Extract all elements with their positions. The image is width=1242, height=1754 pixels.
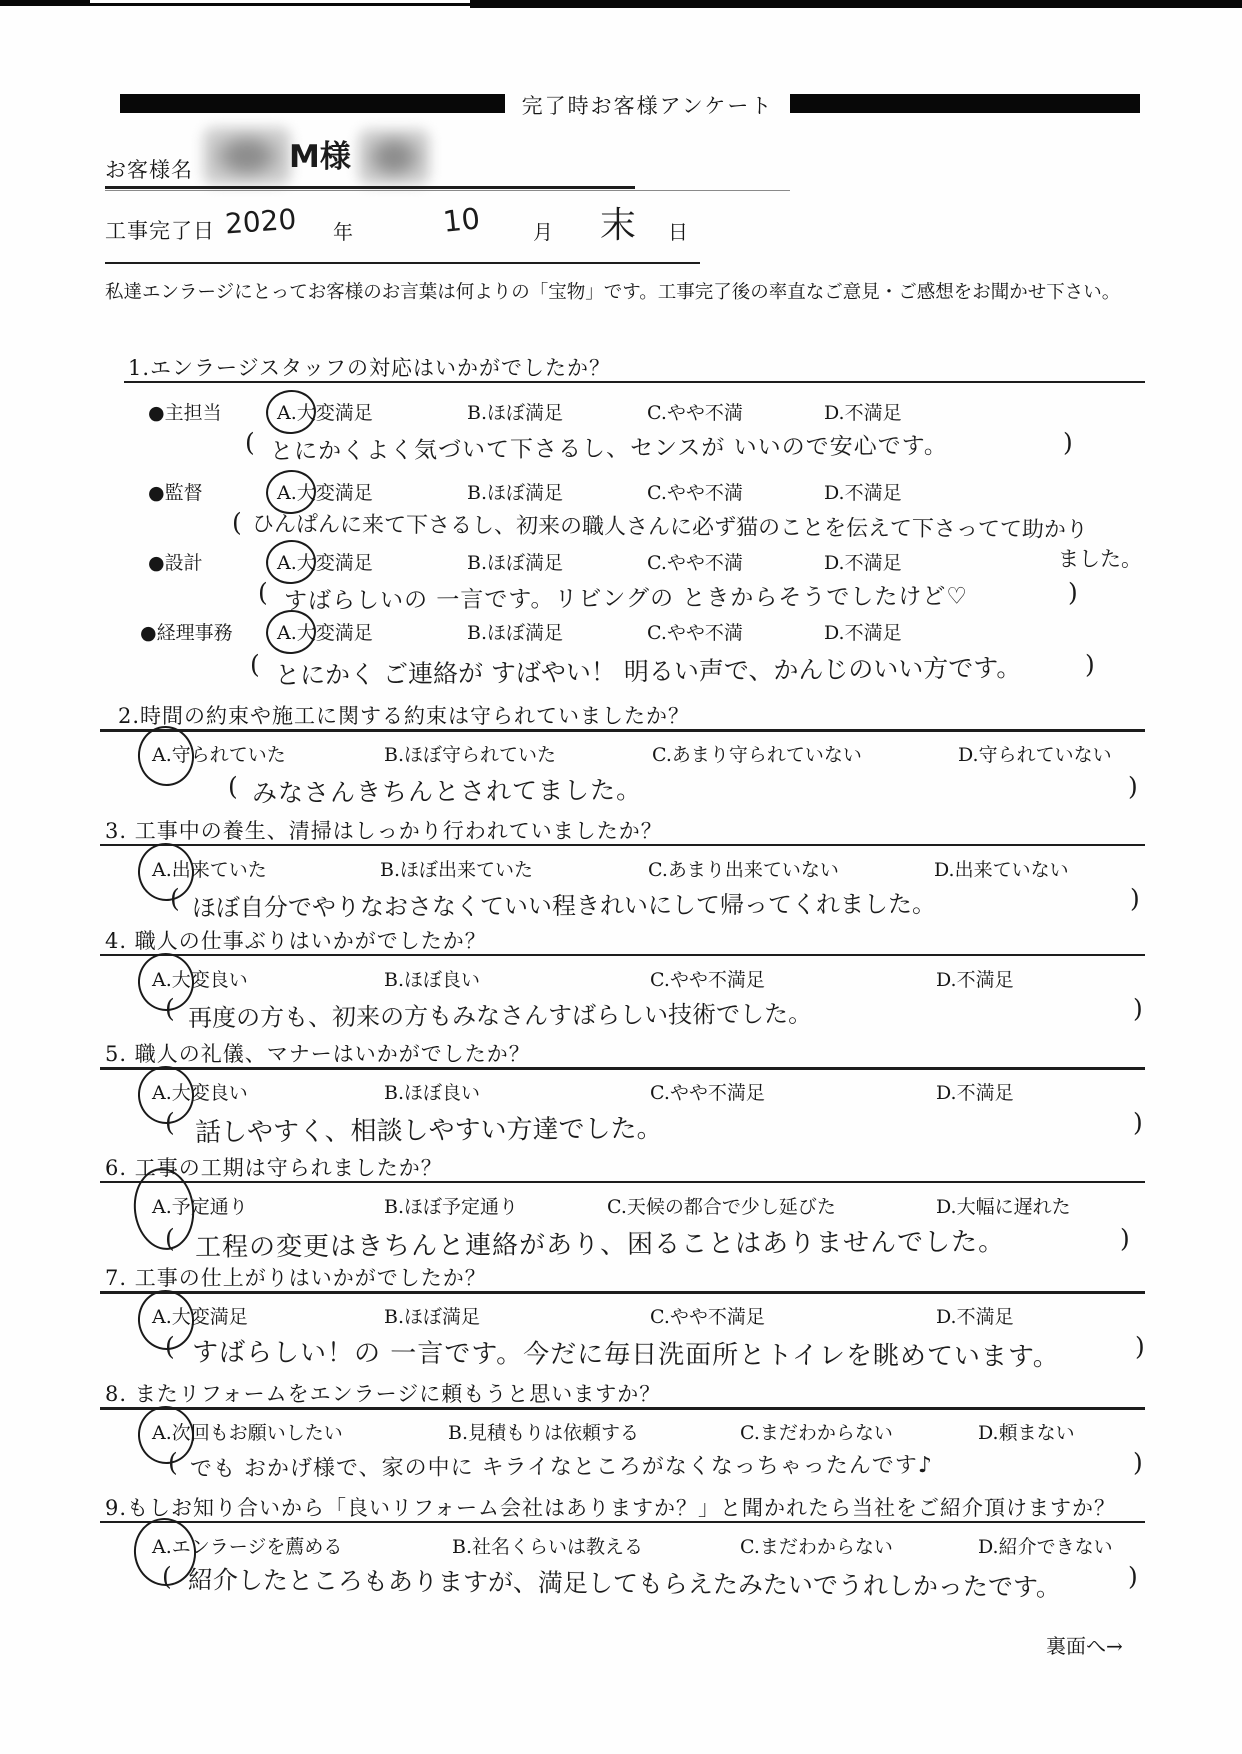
intro-text: 私達エンラージにとってお客様のお言葉は何よりの「宝物」です。工事完了後の率直なご…: [105, 278, 1120, 304]
q1-row-0-option-d: D.不満足: [824, 398, 902, 425]
comment-paren-close: ): [1133, 1108, 1143, 1137]
comment-paren-close: ): [1130, 884, 1140, 913]
q9-option-d: D.紹介できない: [978, 1532, 1113, 1559]
q1-row-3-label: ●経理事務: [140, 618, 233, 645]
redacted-name-blur: [358, 129, 430, 185]
q1-row-3-handwritten-comment: とにかく ご連絡が すばやい！ 明るい声で、かんじのいい方です。: [275, 648, 1022, 692]
q8-option-b: B.見積もりは依頼する: [448, 1418, 639, 1445]
date-day-handwritten: 末: [600, 197, 636, 248]
q2-heading-rule: [100, 729, 1145, 732]
scan-artifact-line: [470, 0, 1242, 8]
q6-option-c: C.天候の都合で少し延びた: [607, 1192, 836, 1219]
q1-row-1-handwritten-comment: ひんぱんに来て下さるし、初来の職人さんに必ず猫のことを伝えて下さってて助かり: [252, 507, 1088, 544]
q1-heading: 1.エンラージスタッフの対応はいかがでしたか？: [128, 352, 611, 382]
comment-paren-open: (: [165, 1224, 175, 1253]
comment-paren-open: (: [168, 1448, 178, 1477]
q8-heading: 8. またリフォームをエンラージに頼もうと思いますか？: [105, 1378, 661, 1408]
q1-row-2-option-a: A.大変満足: [277, 548, 373, 575]
comment-paren-open: (: [165, 994, 175, 1023]
q1-row-1-option-d: D.不満足: [824, 478, 902, 505]
q1-row-1-option-c: C.やや不満: [647, 478, 743, 505]
comment-paren-open: (: [245, 428, 255, 457]
q7-option-c: C.やや不満足: [650, 1302, 765, 1329]
comment-paren-close: ): [1128, 772, 1138, 801]
q1-row-1-option-b: B.ほぼ満足: [467, 478, 563, 505]
comment-paren-open: (: [165, 1108, 175, 1137]
comment-paren-open: (: [232, 508, 242, 537]
q9-option-b: B.社名くらいは教える: [452, 1532, 643, 1559]
q3-option-d: D.出来ていない: [934, 855, 1069, 882]
q1-row-0-label: ●主担当: [148, 398, 222, 425]
q1-row-3-option-c: C.やや不満: [647, 618, 743, 645]
q6-option-b: B.ほぼ予定通り: [384, 1192, 518, 1219]
q4-heading-rule: [100, 954, 1145, 956]
q1-row-2-option-d: D.不満足: [824, 548, 902, 575]
q7-option-b: B.ほぼ満足: [384, 1302, 480, 1329]
q1-row-2-option-b: B.ほぼ満足: [467, 548, 563, 575]
q6-handwritten-comment: 工程の変更はきちんと連絡があり、困ることはありませんでした。: [195, 1221, 1005, 1264]
q8-handwritten-comment: でも おかげ様で、家の中に キライなところがなくなっちゃったんです♪: [190, 1448, 933, 1483]
page-title: 完了時お客様アンケート: [505, 90, 790, 120]
q1-row-2-label: ●設計: [148, 548, 203, 575]
q1-heading-rule: [124, 381, 1145, 383]
q4-option-a: A.大変良い: [152, 965, 248, 992]
date-year-handwritten: 2020: [224, 203, 297, 241]
comment-paren-close: ): [1068, 578, 1078, 607]
q1-row-2-option-c: C.やや不満: [647, 548, 743, 575]
q1-row-0-option-a: A.大変満足: [277, 398, 373, 425]
comment-paren-close: ): [1133, 1448, 1143, 1477]
q9-heading-rule: [100, 1521, 1145, 1523]
q1-row-0-handwritten-comment: とにかくよく気づいて下さるし、センスが いいので安心です。: [270, 427, 948, 466]
customer-name-value: M様: [289, 131, 351, 176]
q3-option-c: C.あまり出来ていない: [648, 855, 839, 882]
date-day-suffix: 日: [668, 216, 688, 245]
scan-artifact-line: [0, 0, 90, 6]
q4-option-b: B.ほぼ良い: [384, 965, 480, 992]
q9-option-a: A.エンラージを薦める: [152, 1532, 342, 1559]
q8-option-a: A.次回もお願いしたい: [152, 1418, 343, 1445]
q3-option-a: A.出来ていた: [152, 855, 267, 882]
q1-row-1-option-a: A.大変満足: [277, 478, 373, 505]
redaction-bar-right: [790, 94, 1140, 113]
redaction-bar-left: [120, 94, 505, 113]
q6-heading-rule: [100, 1181, 1145, 1183]
q1-row-0-option-b: B.ほぼ満足: [467, 398, 563, 425]
q9-option-c: C.まだわからない: [740, 1532, 893, 1559]
q8-heading-rule: [100, 1407, 1145, 1410]
comment-paren-open: (: [250, 650, 260, 679]
q1-row-3-option-b: B.ほぼ満足: [467, 618, 563, 645]
q1-row-1-handwritten-comment-overflow: ました。: [1058, 543, 1142, 573]
q3-option-b: B.ほぼ出来ていた: [380, 855, 533, 882]
date-year-suffix: 年: [333, 216, 353, 245]
customer-name-underline: [105, 186, 635, 189]
q9-handwritten-comment: 紹介したところもありますが、満足してもらえたみたいでうれしかったです。: [188, 1560, 1061, 1604]
q9-heading: 9.もしお知り合いから「良いリフォーム会社はありますか？」と聞かれたら当社をご紹…: [105, 1492, 1116, 1522]
q3-heading: 3. 工事中の養生、清掃はしっかり行われていましたか？: [105, 815, 663, 845]
q2-option-b: B.ほぼ守られていた: [384, 740, 556, 767]
q7-heading: 7. 工事の仕上がりはいかがでしたか？: [105, 1262, 487, 1292]
comment-paren-open: (: [165, 1332, 175, 1361]
q8-option-c: C.まだわからない: [740, 1418, 893, 1445]
q3-heading-rule: [100, 844, 1145, 846]
q1-row-0-option-c: C.やや不満: [647, 398, 743, 425]
q5-heading: 5. 職人の礼儀、マナーはいかがでしたか？: [105, 1038, 531, 1068]
comment-paren-close: ): [1120, 1224, 1130, 1253]
completion-date-label: 工事完了日: [105, 215, 215, 245]
q2-option-a: A.守られていた: [152, 740, 286, 767]
q6-option-d: D.大幅に遅れた: [936, 1192, 1071, 1219]
redacted-name-blur: [203, 127, 291, 185]
comment-paren-close: ): [1063, 428, 1073, 457]
q1-row-1-label: ●監督: [148, 478, 203, 505]
q5-option-d: D.不満足: [936, 1078, 1014, 1105]
date-month-handwritten: 10: [441, 201, 481, 239]
q1-row-3-option-d: D.不満足: [824, 618, 902, 645]
date-month-suffix: 月: [533, 216, 553, 245]
survey-scan-page: 完了時お客様アンケート お客様名 M様 工事完了日 2020 年 10 月 末 …: [0, 0, 1242, 1754]
q5-option-a: A.大変良い: [152, 1078, 248, 1105]
q4-option-d: D.不満足: [936, 965, 1014, 992]
q7-option-a: A.大変満足: [152, 1302, 248, 1329]
q7-option-d: D.不満足: [936, 1302, 1014, 1329]
q2-option-d: D.守られていない: [958, 740, 1112, 767]
q5-option-c: C.やや不満足: [650, 1078, 765, 1105]
q5-heading-rule: [100, 1067, 1145, 1070]
comment-paren-open: (: [162, 1562, 172, 1591]
q6-option-a: A.予定通り: [152, 1192, 248, 1219]
comment-paren-close: ): [1128, 1562, 1138, 1591]
q8-option-d: D.頼まない: [978, 1418, 1075, 1445]
q7-heading-rule: [100, 1291, 1145, 1294]
comment-paren-close: ): [1133, 994, 1143, 1023]
q5-option-b: B.ほぼ良い: [384, 1078, 480, 1105]
q4-heading: 4. 職人の仕事ぶりはいかがでしたか？: [105, 925, 487, 955]
customer-name-label: お客様名: [105, 154, 193, 184]
q2-option-c: C.あまり守られていない: [652, 740, 862, 767]
comment-paren-open: (: [170, 884, 180, 913]
q5-handwritten-comment: 話しやすく、相談しやすい方達でした。: [195, 1108, 663, 1149]
q1-row-2-handwritten-comment: すばらしいの 一言です。リビングの ときからそうでしたけど♡: [284, 578, 968, 616]
q1-row-3-option-a: A.大変満足: [277, 618, 373, 645]
q2-handwritten-comment: みなさんきちんとされてました。: [252, 770, 642, 809]
q7-handwritten-comment: すばらしい！の 一言です。今だに毎日洗面所とトイレを眺めています。: [192, 1332, 1060, 1374]
customer-name-underline-faint: [105, 190, 790, 191]
comment-paren-close: ): [1135, 1332, 1145, 1361]
back-page-note: 裏面へ→: [1046, 1630, 1123, 1659]
q4-option-c: C.やや不満足: [650, 965, 765, 992]
q3-handwritten-comment: ほぼ自分でやりなおさなくていい程きれいにして帰ってくれました。: [192, 884, 936, 923]
comment-paren-close: ): [1085, 650, 1095, 679]
completion-date-underline: [105, 262, 700, 264]
comment-paren-open: (: [258, 578, 268, 607]
q2-heading: 2.時間の約束や施工に関する約束は守られていましたか？: [118, 700, 690, 730]
comment-paren-open: (: [228, 772, 238, 801]
q4-handwritten-comment: 再度の方も、初来の方もみなさんすばらしい技術でした。: [188, 994, 812, 1033]
